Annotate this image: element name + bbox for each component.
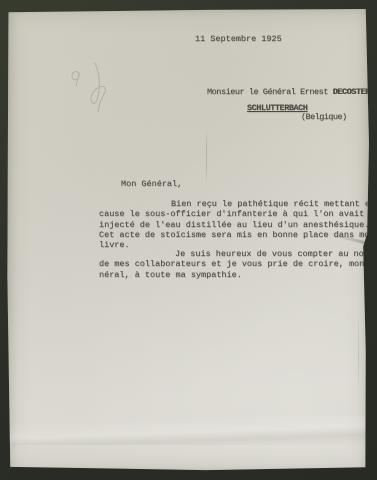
scan-background: 11 Septembre 1925 Monsieur le Général Er… [0, 0, 377, 480]
paper-crease-center [206, 127, 207, 185]
recipient-prefix: Monsieur le Général Ernest [207, 87, 333, 97]
recipient-city: SCHLUTTERBACH [247, 103, 307, 113]
salutation: Mon Général, [121, 179, 182, 189]
letter-document: 11 Septembre 1925 Monsieur le Général Er… [7, 9, 369, 471]
recipient-name-line: Monsieur le Général Ernest DECOSTER [207, 87, 369, 97]
recipient-country: (Belgique) [301, 112, 347, 122]
letter-date: 11 Septembre 1925 [195, 34, 282, 44]
body-paragraph-1: Bien reçu le pathétique récit mettant en… [99, 199, 369, 250]
paper-crease-right-lower [358, 309, 359, 399]
recipient-surname: DECOSTER [333, 87, 369, 97]
body-paragraph-2: Je suis heureux de vous compter au nombr… [99, 249, 369, 280]
paper-wrinkle-bottom [7, 415, 369, 445]
pencil-squiggle-annotation [65, 57, 113, 119]
